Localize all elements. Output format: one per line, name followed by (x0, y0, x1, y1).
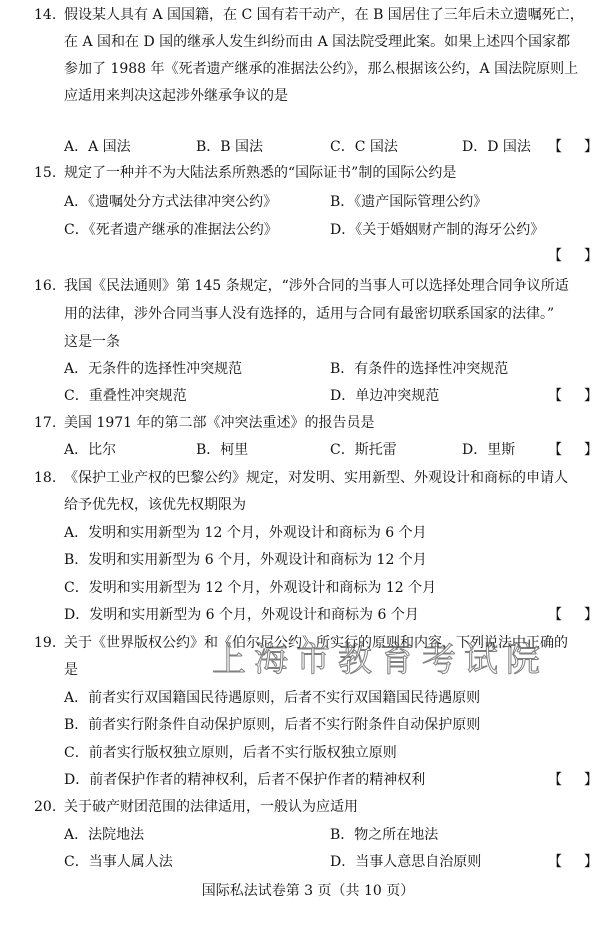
question-number: 20. (34, 798, 56, 816)
option-b: B．发明和实用新型为 6 个月，外观设计和商标为 12 个月 (64, 551, 427, 569)
option-c: C．斯托雷 (330, 441, 397, 459)
question-stem-line: 用的法律，涉外合同当事人没有选择的，适用与合同有最密切联系国家的法律。” (64, 305, 554, 323)
option-c: C．发明和实用新型为 12 个月，外观设计和商标为 12 个月 (64, 579, 436, 597)
bracket-left: 【 (548, 442, 562, 458)
option-d: D．当事人意思自治原则 (330, 853, 481, 871)
option-d: D．D 国法 (462, 138, 531, 156)
answer-bracket: 【】 (548, 138, 562, 156)
question-stem-line: 规定了一种并不为大陆法系所熟悉的“国际证书”制的国际公约是 (64, 164, 456, 182)
exam-page: 14. 假设某人具有 A 国国籍，在 C 国有若干动产，在 B 国居住了三年后未… (0, 0, 616, 944)
option-a: A．前者实行双国籍国民待遇原则，后者不实行双国籍国民待遇原则 (64, 689, 480, 707)
option-d: D．里斯 (462, 441, 515, 459)
option-a: A．《遗嘱处分方式法律冲突公约》 (64, 193, 277, 211)
bracket-right: 】 (584, 853, 598, 871)
question-stem-line: 在 A 国和在 D 国的继承人发生纠纷而由 A 国法院受理此案。如果上述四个国家… (64, 33, 570, 51)
option-d: D．单边冲突规范 (330, 387, 439, 405)
bracket-left: 【 (548, 854, 562, 870)
question-stem-line: 这是一条 (64, 333, 120, 351)
bracket-right: 】 (584, 771, 598, 789)
bracket-right: 】 (584, 606, 598, 624)
bracket-left: 【 (548, 388, 562, 404)
question-stem-line: 给予优先权，该优先权期限为 (64, 496, 246, 514)
option-b: B．有条件的选择性冲突规范 (330, 360, 508, 378)
watermark: 上海市教育考试院 (212, 640, 548, 680)
option-a: A．法院地法 (64, 826, 144, 844)
option-b: B．柯里 (196, 441, 248, 459)
bracket-left: 【 (548, 772, 562, 788)
question-stem-line: 参加了 1988 年《死者遗产继承的准据法公约》，那么根据该公约，A 国法院原则… (64, 60, 578, 78)
option-a: A．无条件的选择性冲突规范 (64, 360, 242, 378)
option-d: D．发明和实用新型为 6 个月，外观设计和商标为 6 个月 (64, 606, 419, 624)
option-d: D．前者保护作者的精神权利，后者不保护作者的精神权利 (64, 771, 425, 789)
option-a: A．A 国法 (64, 138, 131, 156)
bracket-right: 】 (584, 247, 598, 265)
bracket-left: 【 (548, 248, 562, 264)
option-c: C．当事人属人法 (64, 853, 173, 871)
question-number: 15. (34, 164, 56, 182)
bracket-right: 】 (584, 441, 598, 459)
option-b: B．《遗产国际管理公约》 (330, 193, 487, 211)
answer-bracket: 【】 (548, 771, 562, 789)
question-stem-line: 假设某人具有 A 国国籍，在 C 国有若干动产，在 B 国居住了三年后未立遗嘱死… (64, 6, 584, 24)
bracket-right: 】 (584, 387, 598, 405)
option-a: A．比尔 (64, 441, 116, 459)
option-c: C．前者实行版权独立原则，后者不实行版权独立原则 (64, 744, 397, 762)
question-stem-line: 美国 1971 年的第二部《冲突法重述》的报告员是 (64, 414, 375, 432)
question-stem-line: 应适用来判决这起涉外继承争议的是 (64, 87, 288, 105)
bracket-left: 【 (548, 607, 562, 623)
question-number: 18. (34, 469, 56, 487)
bracket-right: 】 (584, 138, 598, 156)
answer-bracket: 【】 (548, 853, 562, 871)
question-number: 16. (34, 277, 56, 295)
answer-bracket: 【】 (548, 387, 562, 405)
option-c: C．重叠性冲突规范 (64, 387, 187, 405)
question-stem-line: 是 (64, 661, 78, 679)
option-d: D．《关于婚姻财产制的海牙公约》 (330, 221, 544, 239)
question-number: 14. (34, 6, 56, 24)
option-c: C．《死者遗产继承的准据法公约》 (64, 221, 278, 239)
bracket-left: 【 (548, 139, 562, 155)
answer-bracket: 【】 (548, 606, 562, 624)
option-b: B．物之所在地法 (330, 826, 438, 844)
question-number: 19. (34, 634, 56, 652)
option-c: C．C 国法 (330, 138, 398, 156)
option-b: B．B 国法 (196, 138, 263, 156)
option-b: B．前者实行附条件自动保护原则，后者不实行附条件自动保护原则 (64, 716, 480, 734)
question-stem-line: 《保护工业产权的巴黎公约》规定，对发明、实用新型、外观设计和商标的申请人 (64, 469, 568, 487)
question-stem-line: 关于破产财团范围的法律适用，一般认为应适用 (64, 798, 358, 816)
option-a: A．发明和实用新型为 12 个月，外观设计和商标为 6 个月 (64, 524, 427, 542)
answer-bracket: 【】 (548, 247, 562, 265)
answer-bracket: 【】 (548, 441, 562, 459)
question-stem-line: 我国《民法通则》第 145 条规定，“涉外合同的当事人可以选择处理合同争议所适 (64, 277, 569, 295)
question-number: 17. (34, 414, 56, 432)
page-footer: 国际私法试卷第 3 页（共 10 页） (0, 882, 616, 900)
